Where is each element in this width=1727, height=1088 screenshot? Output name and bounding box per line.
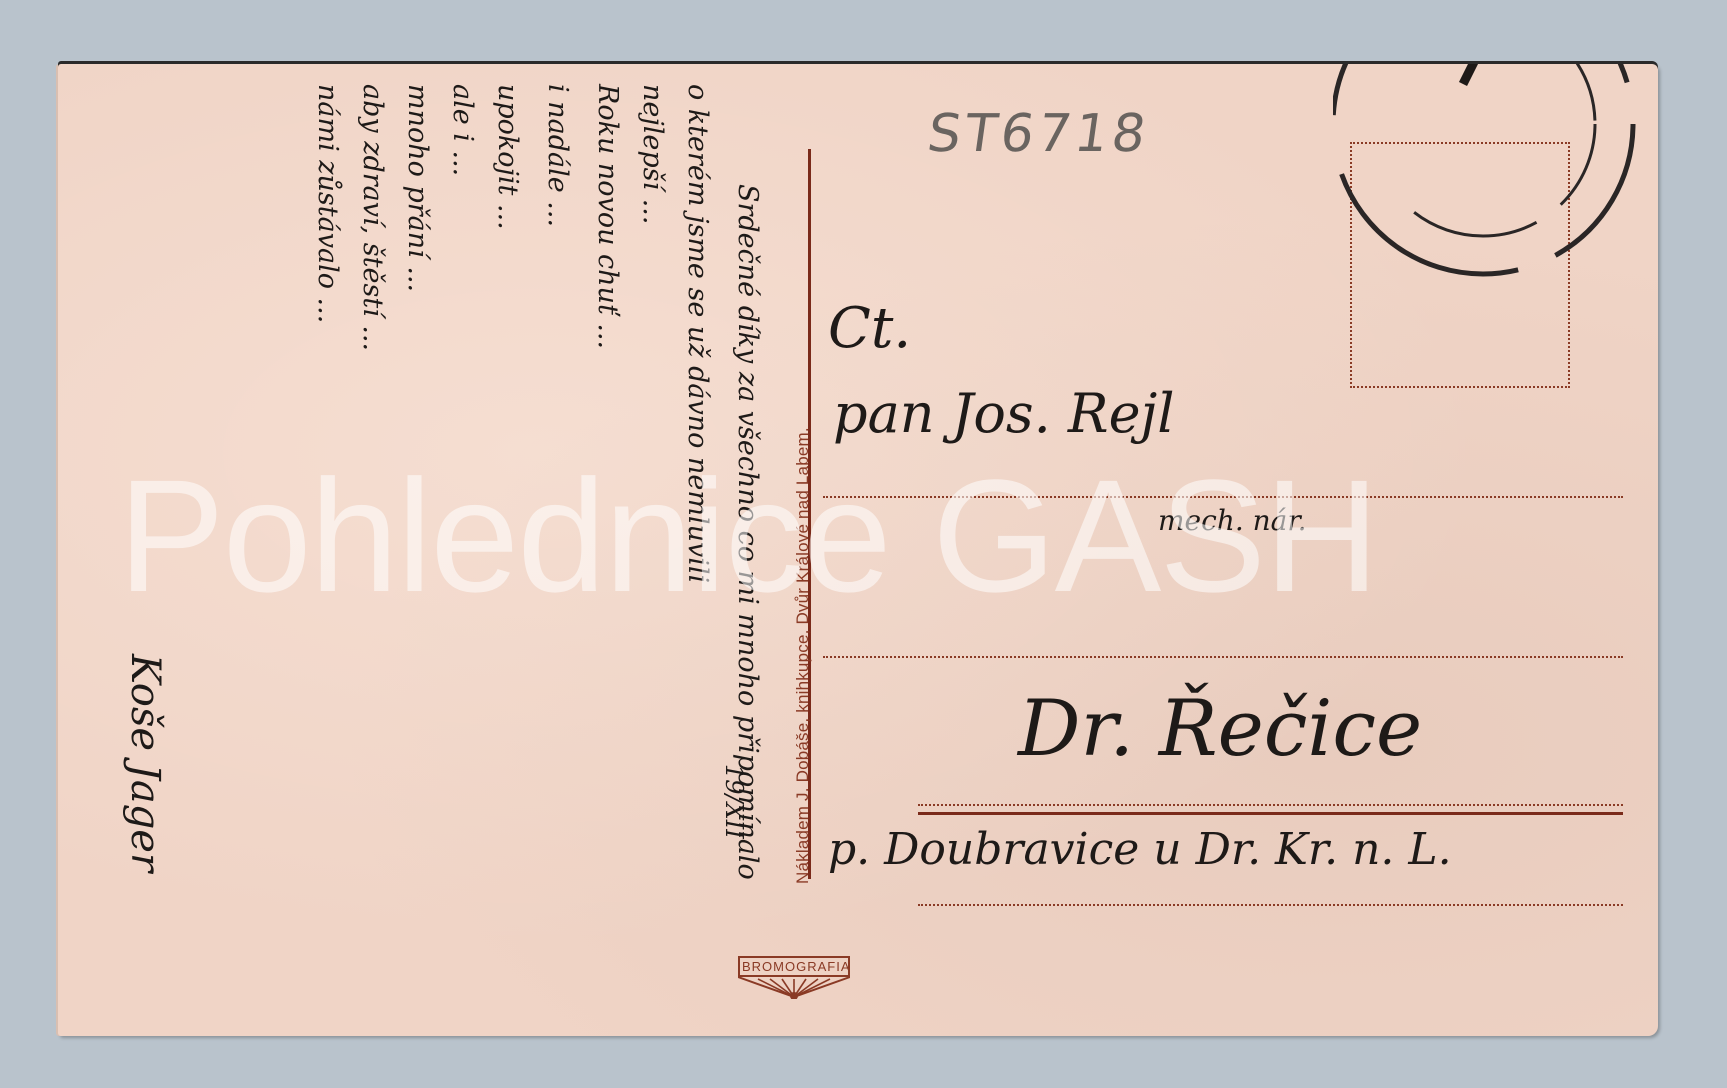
address-town: Dr. Řečice — [1018, 684, 1422, 774]
logo-text: BROMOGRAFIA — [738, 956, 850, 977]
postmark-icon — [1333, 64, 1658, 304]
message-line: aby zdraví, štěstí ... — [357, 84, 388, 351]
address-underline — [918, 812, 1623, 815]
message-line: i nadále ... — [542, 84, 573, 227]
bromografia-logo: BROMOGRAFIA — [738, 956, 850, 999]
watermark: Pohlednice GASH — [118, 444, 1378, 628]
address-line — [918, 804, 1623, 806]
message-date: 19/XII — [720, 764, 748, 839]
address-line — [823, 656, 1623, 658]
signature: Koše Jager — [122, 654, 168, 872]
message-line: ale i ... — [447, 84, 478, 176]
message-line: námi zůstávalo ... — [312, 84, 343, 323]
message-line: mnoho přání ... — [402, 84, 433, 292]
address-recipient: pan Jos. Rejl — [833, 382, 1175, 445]
message-line: nejlepší ... — [637, 84, 668, 224]
message-line: Roku novou chuť ... — [592, 84, 623, 349]
sunburst-icon — [738, 977, 850, 999]
address-post-office: p. Doubravice u Dr. Kr. n. L. — [828, 824, 1452, 875]
postcard-back: ST6718 Srdečné díky za všechno co mi mno… — [58, 64, 1658, 1036]
address-line — [918, 904, 1623, 906]
address-salutation: Ct. — [828, 296, 911, 361]
inventory-number: ST6718 — [924, 104, 1154, 164]
message-line: upokojit ... — [492, 84, 523, 230]
